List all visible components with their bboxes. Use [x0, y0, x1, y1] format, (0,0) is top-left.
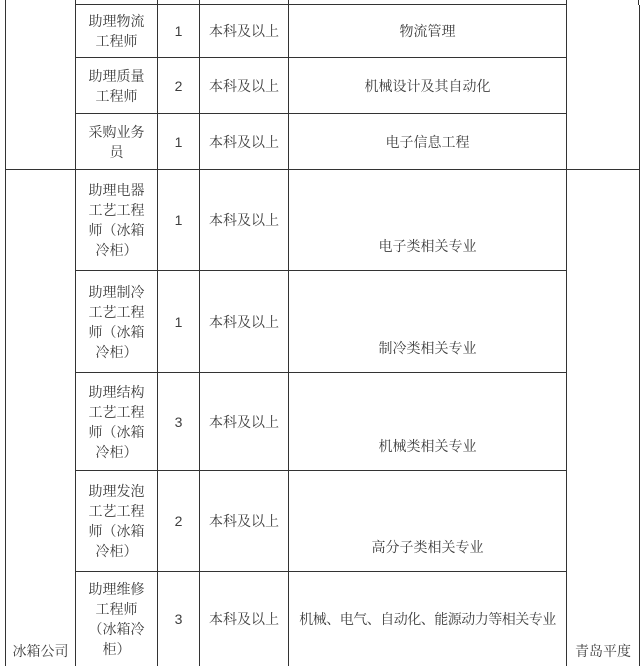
headcount-cell: 3: [158, 572, 200, 666]
recruitment-table: 助理物流 工程师 1 本科及以上 物流管理 助理质量 工程师 2 本科及以上 机…: [5, 4, 640, 666]
position-cell: 助理质量 工程师: [76, 58, 158, 114]
recruitment-table-screenshot: 助理物流 工程师 1 本科及以上 物流管理 助理质量 工程师 2 本科及以上 机…: [0, 0, 642, 666]
education-cell: 本科及以上: [200, 170, 289, 271]
major-cell: 物流管理: [289, 5, 567, 58]
major-cell: 电子类相关专业: [289, 170, 567, 271]
table-row: 采购业务 员 1 本科及以上 电子信息工程: [6, 114, 640, 170]
table-row: 助理物流 工程师 1 本科及以上 物流管理: [6, 5, 640, 58]
headcount-cell: 2: [158, 58, 200, 114]
headcount-cell: 3: [158, 373, 200, 471]
position-cell: 助理物流 工程师: [76, 5, 158, 58]
headcount-cell: 1: [158, 170, 200, 271]
major-cell: 电子信息工程: [289, 114, 567, 170]
education-cell: 本科及以上: [200, 5, 289, 58]
headcount-cell: 2: [158, 471, 200, 572]
education-cell: 本科及以上: [200, 373, 289, 471]
company-cell: 冰箱公司: [6, 170, 76, 666]
location-cell: 青岛平度: [567, 170, 640, 666]
major-cell: 机械、电气、自动化、能源动力等相关专业: [289, 572, 567, 666]
table-row: 助理结构 工艺工程 师（冰箱 冷柜） 3 本科及以上 机械类相关专业: [6, 373, 640, 471]
major-cell: 机械类相关专业: [289, 373, 567, 471]
location-cell-top: [567, 5, 640, 170]
education-cell: 本科及以上: [200, 471, 289, 572]
position-cell: 助理维修 工程师 （冰箱冷 柜）: [76, 572, 158, 666]
table-row: 冰箱公司 助理电器 工艺工程 师（冰箱 冷柜） 1 本科及以上 电子类相关专业 …: [6, 170, 640, 271]
headcount-cell: 1: [158, 114, 200, 170]
major-cell: 高分子类相关专业: [289, 471, 567, 572]
headcount-cell: 1: [158, 271, 200, 373]
table-row: 助理质量 工程师 2 本科及以上 机械设计及其自动化: [6, 58, 640, 114]
position-cell: 采购业务 员: [76, 114, 158, 170]
major-cell: 机械设计及其自动化: [289, 58, 567, 114]
position-cell: 助理发泡 工艺工程 师（冰箱 冷柜）: [76, 471, 158, 572]
education-cell: 本科及以上: [200, 114, 289, 170]
education-cell: 本科及以上: [200, 572, 289, 666]
table-row: 助理制冷 工艺工程 师（冰箱 冷柜） 1 本科及以上 制冷类相关专业: [6, 271, 640, 373]
headcount-cell: 1: [158, 5, 200, 58]
position-cell: 助理结构 工艺工程 师（冰箱 冷柜）: [76, 373, 158, 471]
table-row: 助理发泡 工艺工程 师（冰箱 冷柜） 2 本科及以上 高分子类相关专业: [6, 471, 640, 572]
position-cell: 助理电器 工艺工程 师（冰箱 冷柜）: [76, 170, 158, 271]
education-cell: 本科及以上: [200, 271, 289, 373]
position-cell: 助理制冷 工艺工程 师（冰箱 冷柜）: [76, 271, 158, 373]
company-cell-top: [6, 5, 76, 170]
table-row: 助理维修 工程师 （冰箱冷 柜） 3 本科及以上 机械、电气、自动化、能源动力等…: [6, 572, 640, 666]
major-cell: 制冷类相关专业: [289, 271, 567, 373]
education-cell: 本科及以上: [200, 58, 289, 114]
